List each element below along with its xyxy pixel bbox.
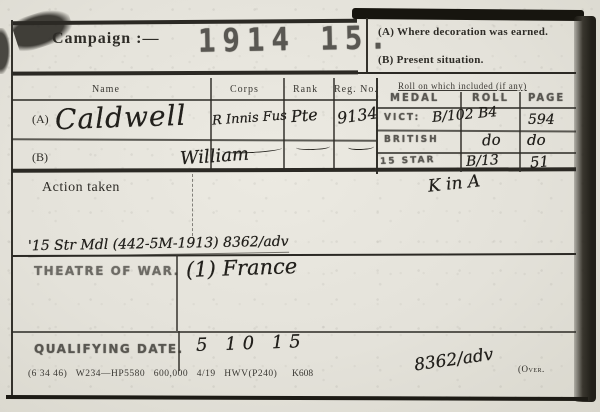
column-header-name: Name	[92, 84, 120, 95]
medal-grid-vertical-2	[519, 92, 521, 172]
printer-code: K608	[292, 369, 313, 379]
medal-name-star: 15 STAR	[380, 155, 436, 167]
theatre-of-war-label: THEATRE OF WAR.	[34, 264, 180, 279]
legend-b: (B) Present situation.	[378, 54, 484, 66]
card-border-bottom	[6, 395, 588, 401]
legend-a: (A) Where decoration was earned.	[378, 26, 548, 38]
qualifying-date-value: 5 10 15	[196, 331, 307, 356]
medal-page-star: 51	[529, 152, 549, 171]
medal-name-vict: VICT:	[384, 113, 420, 124]
medal-row-1-underline	[377, 129, 576, 132]
qualifying-divider	[178, 331, 180, 371]
card-border-right	[574, 16, 596, 402]
row-b-label: (B)	[32, 150, 48, 165]
header-underline	[12, 99, 376, 101]
medal-page-vict: 594	[528, 112, 555, 128]
medal-col-header-page: PAGE	[528, 93, 565, 105]
theatre-divider	[176, 255, 178, 331]
grid-vertical-reg-medal	[376, 78, 378, 174]
grid-vertical-rank-reg	[333, 78, 335, 170]
header-rule-right	[358, 72, 576, 74]
ditto-dash-reg	[348, 144, 374, 151]
row-a-reg-no: 9134	[336, 103, 379, 127]
card-border-left	[11, 20, 13, 398]
campaign-year-stamp: 1914 15.	[198, 19, 394, 60]
column-header-rank: Rank	[293, 84, 318, 95]
kia-annotation: K in A	[427, 171, 481, 196]
medal-col-header-roll: ROLL	[472, 93, 509, 105]
medal-index-card: Campaign :— 1914 15. (A) Where decoratio…	[0, 0, 600, 412]
reference-annotation: 8362/adv	[413, 345, 495, 376]
over-label: (Over.	[518, 364, 545, 374]
medal-page-british: do	[527, 131, 546, 149]
qualifying-date-label: QUALIFYING DATE.	[34, 342, 184, 357]
theatre-of-war-value: (1) France	[186, 254, 298, 282]
header-rule-left	[12, 70, 358, 75]
ditto-dash-rank	[296, 143, 330, 150]
medal-col-header-medal: MEDAL	[390, 93, 439, 105]
legend-box-left-rule	[366, 18, 368, 74]
action-taken-label: Action taken	[42, 180, 120, 196]
column-header-reg-no: Reg. No.	[334, 84, 378, 95]
medal-grid-vertical-1	[460, 92, 462, 172]
action-divider-dashed	[192, 174, 193, 236]
grid-vertical-corps-rank	[283, 78, 285, 170]
edge-mark-left	[0, 28, 10, 74]
row-a-name: Caldwell	[54, 99, 187, 137]
row-a-rank: Pte	[290, 105, 318, 126]
medal-name-british: BRITISH	[384, 135, 439, 146]
campaign-label: Campaign :—	[52, 30, 159, 48]
medal-roll-title: Roll on which included (if any)	[398, 81, 527, 91]
row-a-corps: R Innis Fus	[212, 108, 288, 128]
row-a-label: (A)	[32, 112, 49, 127]
medal-roll-british: do	[482, 131, 502, 150]
row-a-underline	[12, 138, 376, 141]
medal-roll-star: B/13	[466, 152, 500, 170]
printer-imprint: (6 34 46) W234—HP5580 600,000 4/19 HWV(P…	[28, 369, 277, 379]
column-header-corps: Corps	[230, 84, 259, 95]
